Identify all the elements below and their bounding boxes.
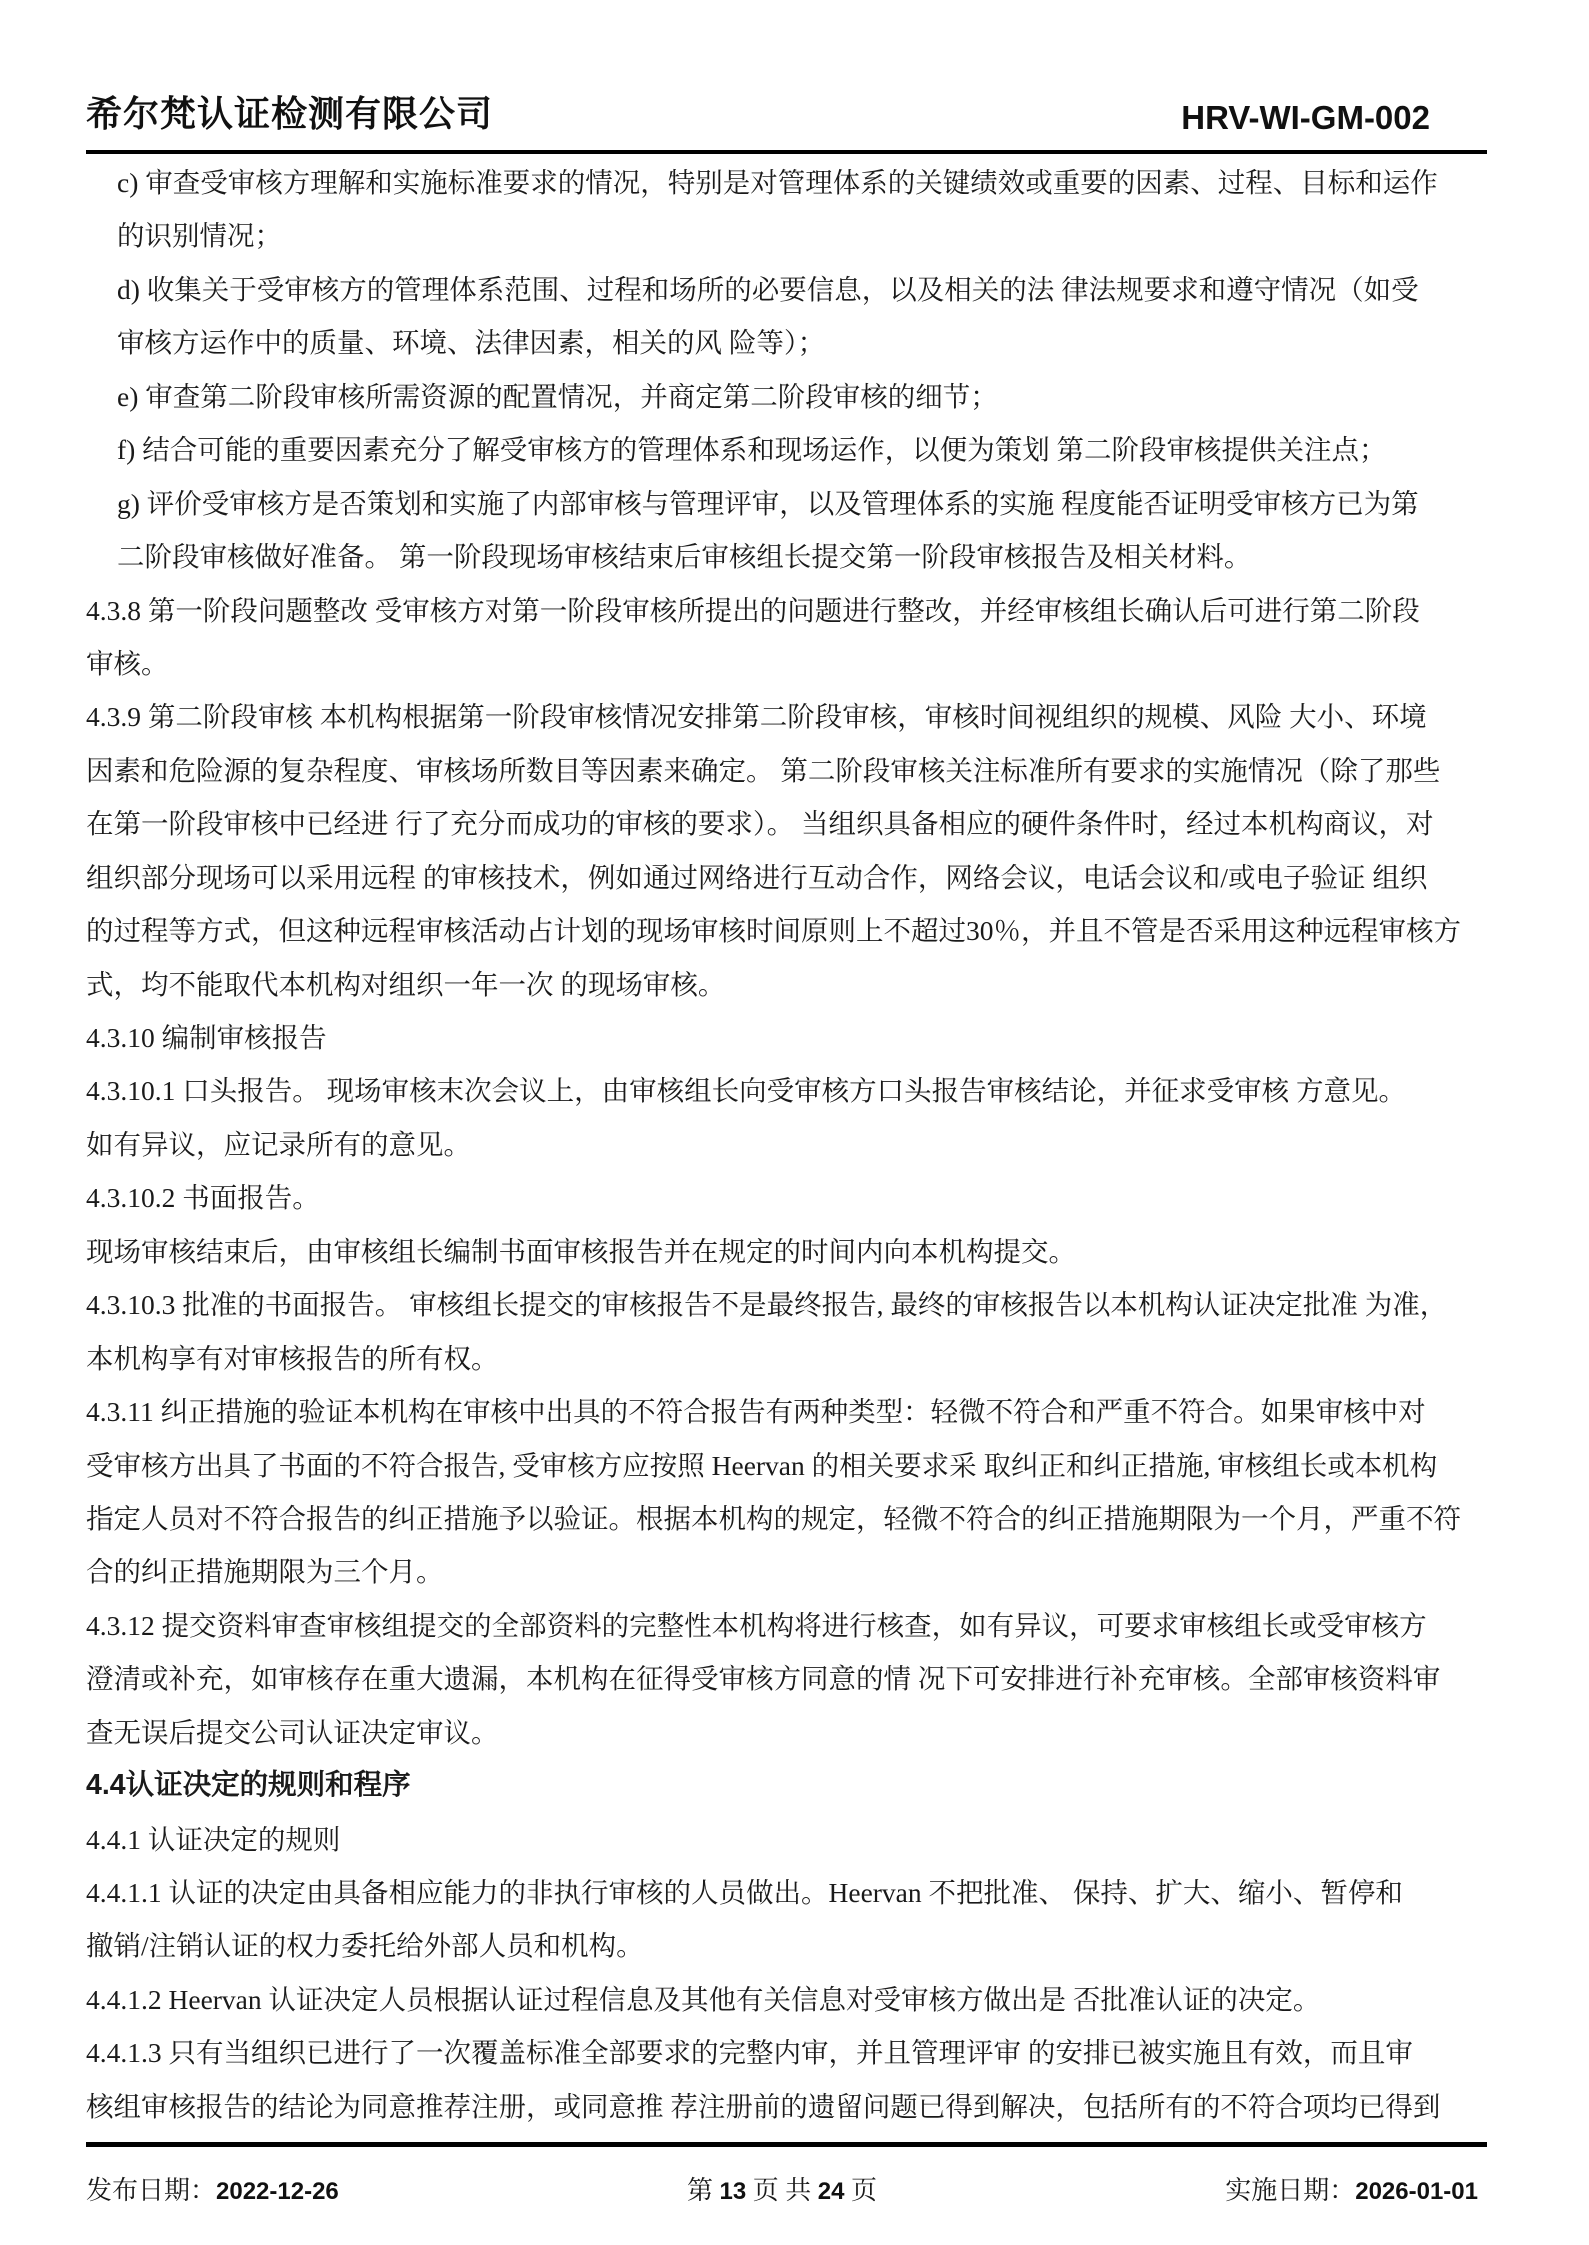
page-header: 希尔梵认证检测有限公司 HRV-WI-GM-002 <box>86 86 1487 137</box>
company-name: 希尔梵认证检测有限公司 <box>86 86 493 137</box>
page-footer: 发布日期：2022-12-26 第 13 页 共 24 页 实施日期：2026-… <box>86 2170 1478 2207</box>
body-line: 4.3.10.3 批准的书面报告。 审核组长提交的审核报告不是最终报告, 最终的… <box>86 1278 1478 1331</box>
body-line: 现场审核结束后，由审核组长编制书面审核报告并在规定的时间内向本机构提交。 <box>86 1225 1478 1278</box>
footer-divider <box>86 2142 1487 2147</box>
page-prefix: 第 <box>687 2176 720 2205</box>
page-mid: 页 共 <box>746 2176 818 2205</box>
body-line: 受审核方出具了书面的不符合报告, 受审核方应按照 Heervan 的相关要求采 … <box>86 1439 1478 1492</box>
header-divider <box>86 150 1487 154</box>
body-line: g) 评价受审核方是否策划和实施了内部审核与管理评审，以及管理体系的实施 程度能… <box>86 477 1478 530</box>
body-line: f) 结合可能的重要因素充分了解受审核方的管理体系和现场运作，以便为策划 第二阶… <box>86 423 1478 476</box>
body-lines: c) 审查受审核方理解和实施标准要求的情况，特别是对管理体系的关键绩效或重要的因… <box>86 156 1478 2133</box>
body-line: 组织部分现场可以采用远程 的审核技术，例如通过网络进行互动合作，网络会议，电话会… <box>86 851 1478 904</box>
implementation-date: 实施日期：2026-01-01 <box>1225 2170 1478 2207</box>
page-suffix: 页 <box>844 2176 877 2205</box>
body-line: c) 审查受审核方理解和实施标准要求的情况，特别是对管理体系的关键绩效或重要的因… <box>86 156 1478 209</box>
body-line: d) 收集关于受审核方的管理体系范围、过程和场所的必要信息，以及相关的法 律法规… <box>86 263 1478 316</box>
body-line: 式，均不能取代本机构对组织一年一次 的现场审核。 <box>86 958 1478 1011</box>
body-line: 核组审核报告的结论为同意推荐注册，或同意推 荐注册前的遗留问题已得到解决，包括所… <box>86 2080 1478 2133</box>
body-line: 澄清或补充，如审核存在重大遗漏，本机构在征得受审核方同意的情 况下可安排进行补充… <box>86 1652 1478 1705</box>
body-line: 4.4.1 认证决定的规则 <box>86 1813 1478 1866</box>
body-line: 的过程等方式，但这种远程审核活动占计划的现场审核时间原则上不超过30％，并且不管… <box>86 904 1478 957</box>
body-line: 审核。 <box>86 637 1478 690</box>
body-line: 4.3.10 编制审核报告 <box>86 1011 1478 1064</box>
body-line: 的识别情况； <box>86 209 1478 262</box>
body-line: 审核方运作中的质量、环境、法律因素，相关的风 险等）； <box>86 316 1478 369</box>
body-line: 指定人员对不符合报告的纠正措施予以验证。根据本机构的规定，轻微不符合的纠正措施期… <box>86 1492 1478 1545</box>
implementation-date-label: 实施日期： <box>1225 2176 1355 2205</box>
body-line: e) 审查第二阶段审核所需资源的配置情况，并商定第二阶段审核的细节； <box>86 370 1478 423</box>
body-line: 因素和危险源的复杂程度、审核场所数目等因素来确定。 第二阶段审核关注标准所有要求… <box>86 744 1478 797</box>
body-line: 4.4.1.1 认证的决定由具备相应能力的非执行审核的人员做出。Heervan … <box>86 1866 1478 1919</box>
issue-date-value: 2022-12-26 <box>216 2178 339 2205</box>
body-line: 如有异议，应记录所有的意见。 <box>86 1118 1478 1171</box>
body-line: 在第一阶段审核中已经进 行了充分而成功的审核的要求）。 当组织具备相应的硬件条件… <box>86 797 1478 850</box>
body-line: 二阶段审核做好准备。 第一阶段现场审核结束后审核组长提交第一阶段审核报告及相关材… <box>86 530 1478 583</box>
body-line: 合的纠正措施期限为三个月。 <box>86 1545 1478 1598</box>
document-code: HRV-WI-GM-002 <box>1181 99 1487 137</box>
issue-date: 发布日期：2022-12-26 <box>86 2170 339 2207</box>
page-number: 13 <box>720 2178 747 2205</box>
body-line: 4.4.1.2 Heervan 认证决定人员根据认证过程信息及其他有关信息对受审… <box>86 1973 1478 2026</box>
section-heading: 4.4认证决定的规则和程序 <box>86 1759 1478 1812</box>
body-line: 4.3.10.1 口头报告。 现场审核末次会议上，由审核组长向受审核方口头报告审… <box>86 1064 1478 1117</box>
implementation-date-value: 2026-01-01 <box>1355 2178 1478 2205</box>
page-total: 24 <box>818 2178 845 2205</box>
body-line: 4.4.1.3 只有当组织已进行了一次覆盖标准全部要求的完整内审，并且管理评审 … <box>86 2026 1478 2079</box>
body-line: 查无误后提交公司认证决定审议。 <box>86 1706 1478 1759</box>
document-page: 希尔梵认证检测有限公司 HRV-WI-GM-002 c) 审查受审核方理解和实施… <box>0 0 1589 2245</box>
body-line: 本机构享有对审核报告的所有权。 <box>86 1332 1478 1385</box>
issue-date-label: 发布日期： <box>86 2176 216 2205</box>
body-line: 4.3.9 第二阶段审核 本机构根据第一阶段审核情况安排第二阶段审核，审核时间视… <box>86 690 1478 743</box>
body-line: 4.3.8 第一阶段问题整改 受审核方对第一阶段审核所提出的问题进行整改，并经审… <box>86 584 1478 637</box>
body-line: 4.3.11 纠正措施的验证本机构在审核中出具的不符合报告有两种类型：轻微不符合… <box>86 1385 1478 1438</box>
body-line: 4.3.12 提交资料审查审核组提交的全部资料的完整性本机构将进行核查，如有异议… <box>86 1599 1478 1652</box>
body-line: 撤销/注销认证的权力委托给外部人员和机构。 <box>86 1919 1478 1972</box>
page-indicator: 第 13 页 共 24 页 <box>687 2170 877 2207</box>
body-line: 4.3.10.2 书面报告。 <box>86 1171 1478 1224</box>
